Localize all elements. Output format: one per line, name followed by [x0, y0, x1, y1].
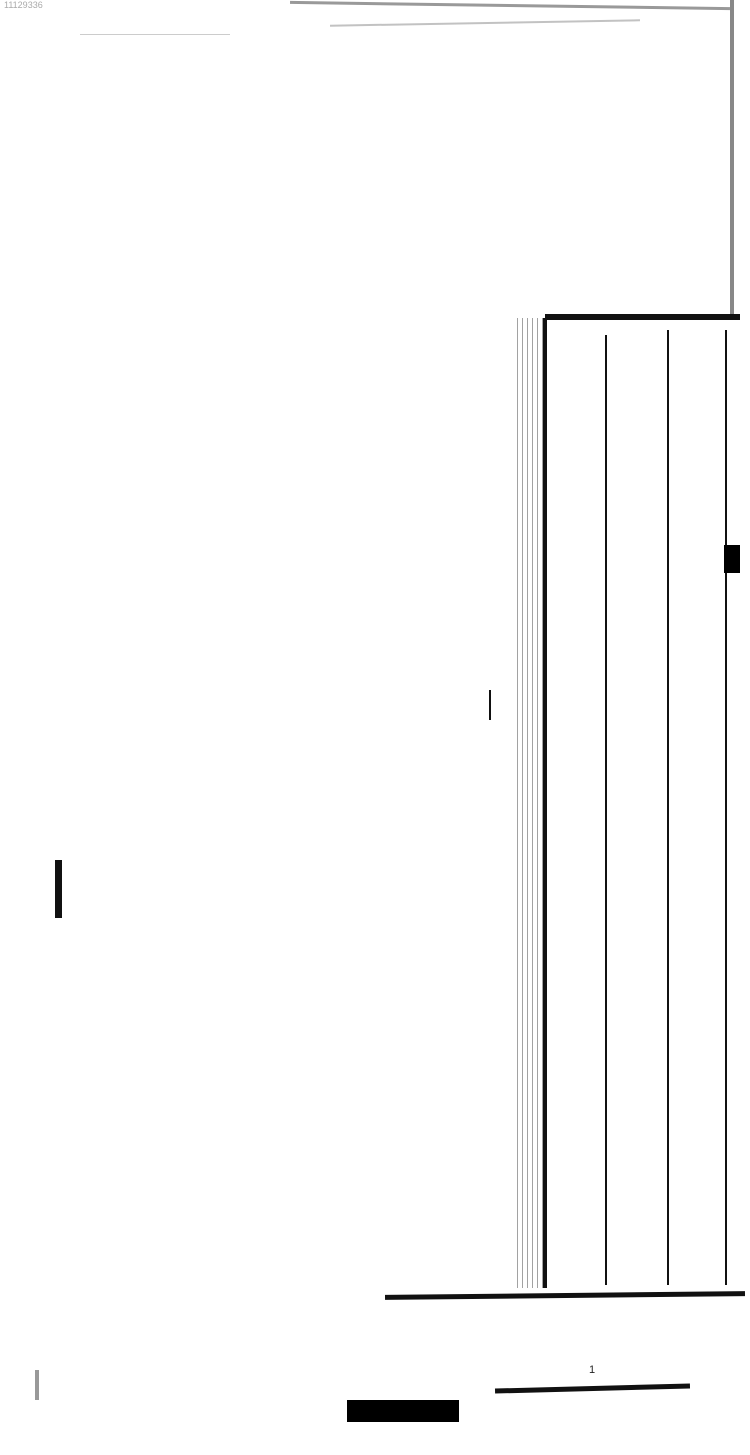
table-col-line-3: [725, 330, 727, 1285]
page-marker: 1: [589, 1364, 595, 1376]
bottom-streak: [495, 1383, 690, 1393]
scan-id-label: 11129336: [4, 0, 43, 10]
right-edge-line: [730, 0, 734, 320]
mid-mark: [489, 690, 491, 720]
table-top-border: [545, 314, 740, 320]
dark-cell-mark: [724, 545, 740, 573]
bottom-left-mark: [35, 1370, 39, 1400]
top-scan-streak-3: [80, 34, 230, 35]
table-left-border: [543, 318, 547, 1288]
top-scan-streak-2: [330, 19, 640, 26]
left-margin-mark: [55, 860, 62, 918]
redaction-bar: [347, 1400, 459, 1422]
top-scan-streak: [290, 1, 730, 10]
table-bottom-border: [385, 1291, 745, 1300]
table-col-line-2: [667, 330, 669, 1285]
table-col-line-1: [605, 335, 607, 1285]
